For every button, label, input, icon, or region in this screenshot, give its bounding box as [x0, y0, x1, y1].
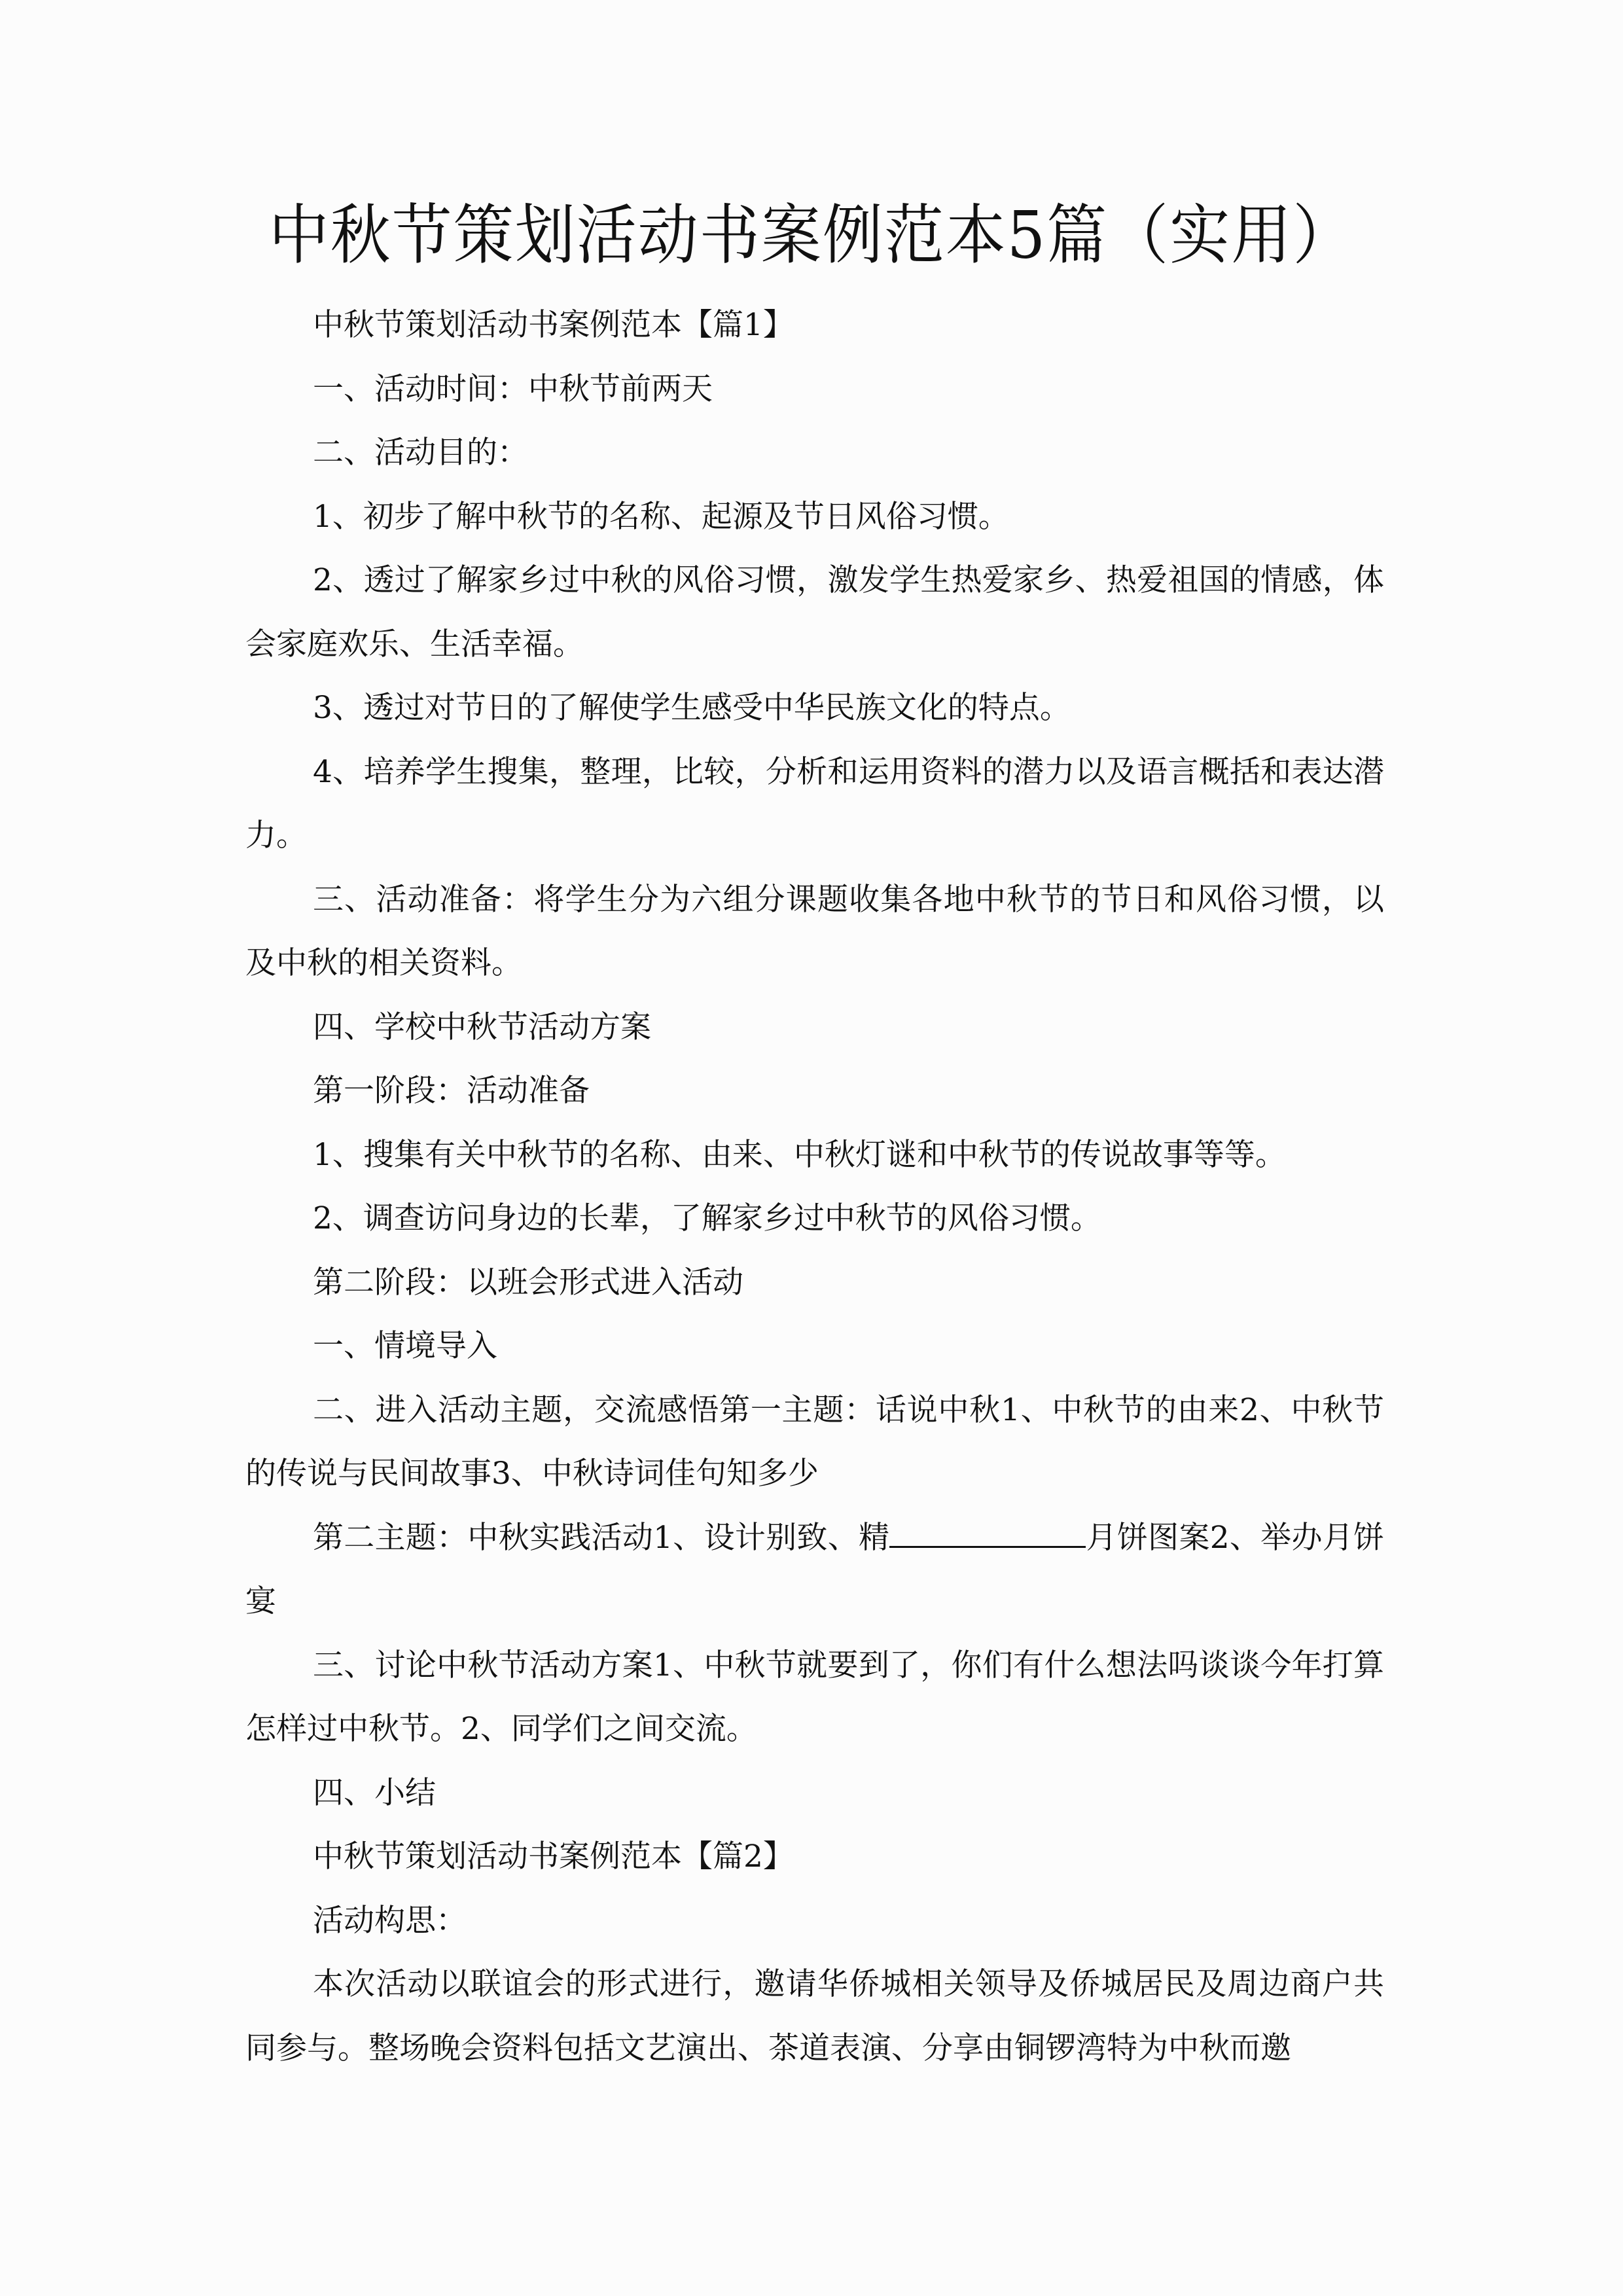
document-page: 中秋节策划活动书案例范本5篇（实用） 中秋节策划活动书案例范本【篇1】 一、活动…: [0, 0, 1623, 2296]
paragraph-stage-1-item-1: 1、搜集有关中秋节的名称、由来、中秋灯谜和中秋节的传说故事等等。: [245, 1123, 1384, 1187]
paragraph-goal-3: 3、透过对节日的了解使学生感受中华民族文化的特点。: [245, 676, 1384, 740]
paragraph-school-plan-heading: 四、学校中秋节活动方案: [245, 996, 1384, 1060]
section-heading-part-1: 中秋节策划活动书案例范本【篇1】: [245, 293, 1384, 357]
document-body: 中秋节策划活动书案例范本【篇1】 一、活动时间：中秋节前两天 二、活动目的： 1…: [245, 293, 1384, 2080]
paragraph-stage-1-heading: 第一阶段：活动准备: [245, 1059, 1384, 1123]
paragraph-theme-1: 二、进入活动主题，交流感悟第一主题：话说中秋1、中秋节的由来2、中秋节的传说与民…: [245, 1378, 1384, 1506]
paragraph-activity-goal-heading: 二、活动目的：: [245, 421, 1384, 485]
paragraph-goal-4: 4、培养学生搜集，整理，比较，分析和运用资料的潜力以及语言概括和表达潜力。: [245, 740, 1384, 868]
paragraph-goal-2: 2、透过了解家乡过中秋的风俗习惯，激发学生热爱家乡、热爱祖国的情感，体会家庭欢乐…: [245, 548, 1384, 676]
fill-in-blank-line: [889, 1513, 1086, 1548]
paragraph-activity-time: 一、活动时间：中秋节前两天: [245, 357, 1384, 422]
paragraph-concept-body: 本次活动以联谊会的形式进行，邀请华侨城相关领导及侨城居民及周边商户共同参与。整场…: [245, 1952, 1384, 2080]
paragraph-stage-2-heading: 第二阶段：以班会形式进入活动: [245, 1251, 1384, 1315]
paragraph-concept-heading: 活动构思：: [245, 1889, 1384, 1953]
paragraph-theme-2: 第二主题：中秋实践活动1、设计别致、精月饼图案2、举办月饼宴: [245, 1506, 1384, 1634]
theme-2-text-before: 第二主题：中秋实践活动1、设计别致、精: [313, 1520, 889, 1556]
paragraph-stage-1-item-2: 2、调查访问身边的长辈，了解家乡过中秋节的风俗习惯。: [245, 1187, 1384, 1251]
document-title: 中秋节策划活动书案例范本5篇（实用）: [0, 193, 1623, 278]
paragraph-preparation: 三、活动准备：将学生分为六组分课题收集各地中秋节的节日和风俗习惯，以及中秋的相关…: [245, 868, 1384, 996]
paragraph-discussion: 三、讨论中秋节活动方案1、中秋节就要到了，你们有什么想法吗谈谈今年打算怎样过中秋…: [245, 1634, 1384, 1761]
paragraph-goal-1: 1、初步了解中秋节的名称、起源及节日风俗习惯。: [245, 485, 1384, 549]
section-heading-part-2: 中秋节策划活动书案例范本【篇2】: [245, 1825, 1384, 1889]
paragraph-summary: 四、小结: [245, 1761, 1384, 1825]
paragraph-scenario-intro: 一、情境导入: [245, 1314, 1384, 1378]
